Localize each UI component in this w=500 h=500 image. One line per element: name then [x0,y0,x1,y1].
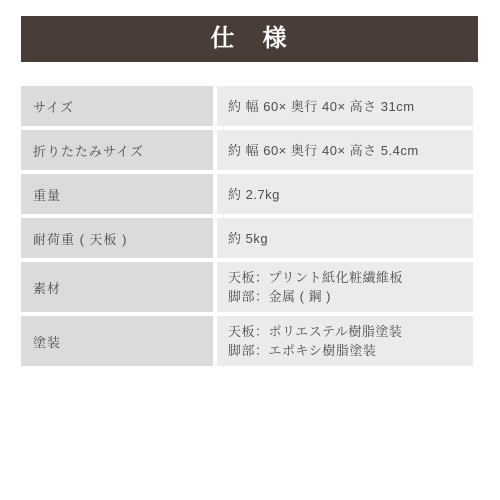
spec-value-line: 天板：プリント紙化粧繊維板 [228,268,463,287]
table-row: 素材天板：プリント紙化粧繊維板脚部：金属 ( 鋼 ) [21,262,473,312]
table-row: 折りたたみサイズ約 幅 60× 奥行 40× 高さ 5.4cm [21,130,473,170]
spec-label: 塗装 [21,316,213,366]
spec-label: 素材 [21,262,213,312]
spec-value-line: 約 2.7kg [228,185,463,204]
spec-value: 約 2.7kg [217,174,473,214]
page-title: 仕 様 [211,27,289,51]
spec-value: 約 幅 60× 奥行 40× 高さ 31cm [217,86,473,126]
table-row: サイズ約 幅 60× 奥行 40× 高さ 31cm [21,86,473,126]
spec-header: 仕 様 [21,16,478,62]
spec-value-line: 天板：ポリエステル樹脂塗装 [228,322,463,341]
table-row: 塗装天板：ポリエステル樹脂塗装脚部：エポキシ樹脂塗装 [21,316,473,366]
table-row: 重量約 2.7kg [21,174,473,214]
spec-value-line: 約 5kg [228,229,463,248]
spec-value-line: 約 幅 60× 奥行 40× 高さ 5.4cm [228,141,463,160]
spec-value-line: 約 幅 60× 奥行 40× 高さ 31cm [228,97,463,116]
spec-value: 約 幅 60× 奥行 40× 高さ 5.4cm [217,130,473,170]
spec-value: 約 5kg [217,218,473,258]
spec-table: サイズ約 幅 60× 奥行 40× 高さ 31cm折りたたみサイズ約 幅 60×… [21,86,473,366]
spec-page: 仕 様 サイズ約 幅 60× 奥行 40× 高さ 31cm折りたたみサイズ約 幅… [0,0,500,500]
spec-label: 耐荷重 ( 天板 ) [21,218,213,258]
table-row: 耐荷重 ( 天板 )約 5kg [21,218,473,258]
spec-value: 天板：プリント紙化粧繊維板脚部：金属 ( 鋼 ) [217,262,473,312]
spec-value-line: 脚部：エポキシ樹脂塗装 [228,341,463,360]
spec-label: 重量 [21,174,213,214]
spec-label: サイズ [21,86,213,126]
spec-label: 折りたたみサイズ [21,130,213,170]
spec-value: 天板：ポリエステル樹脂塗装脚部：エポキシ樹脂塗装 [217,316,473,366]
spec-value-line: 脚部：金属 ( 鋼 ) [228,287,463,306]
